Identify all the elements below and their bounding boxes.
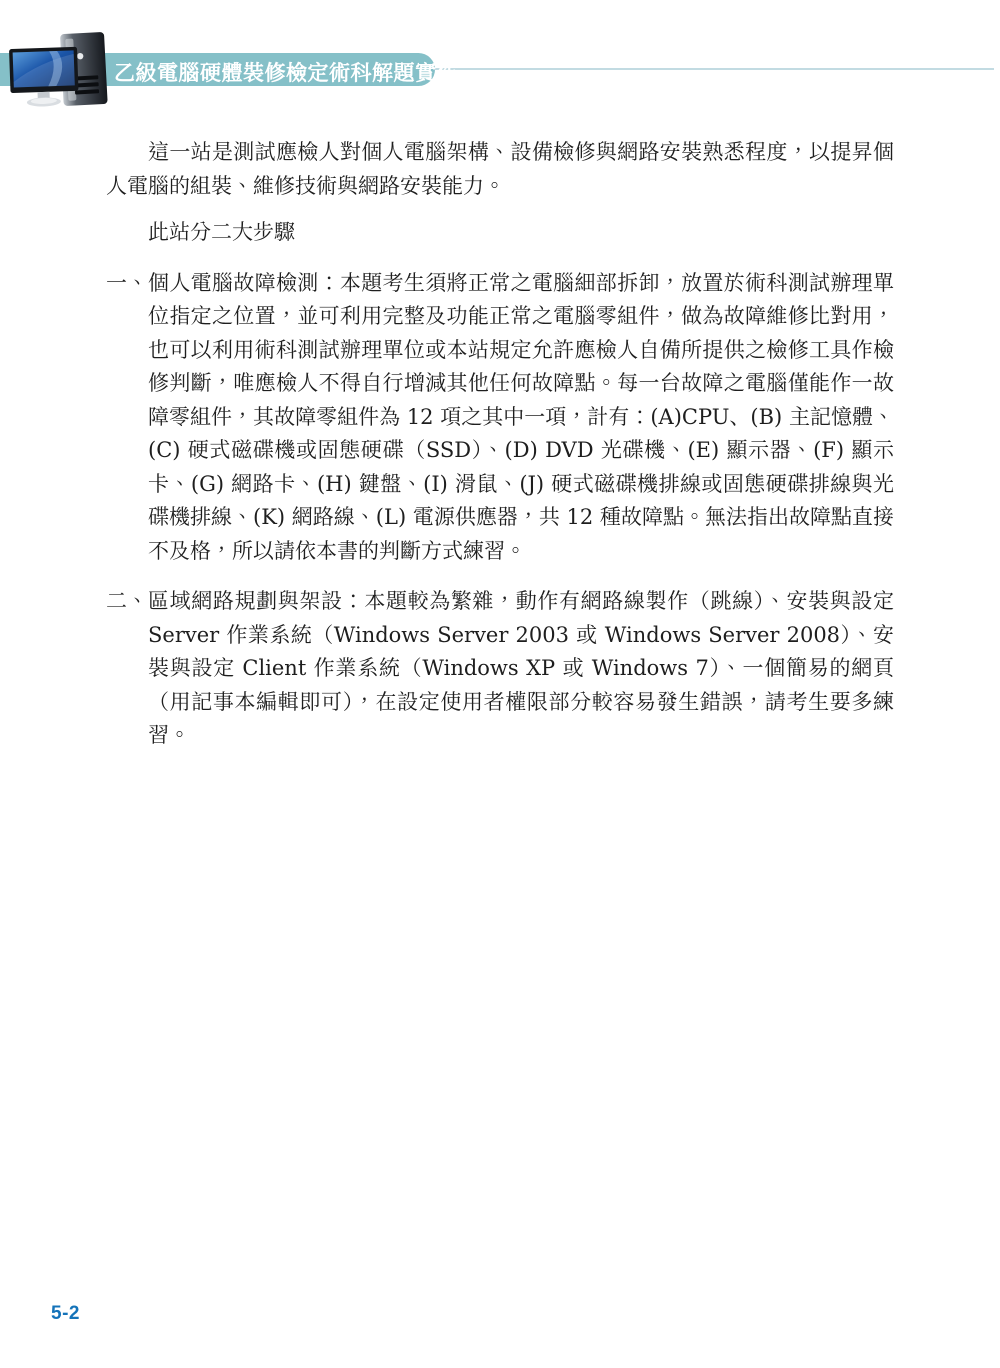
list-item-2: 二、 區域網路規劃與架設：本題較為繁雜，動作有網路線製作（跳線）、安裝與設定 S… [106, 585, 894, 753]
desktop-computer-icon [8, 32, 110, 112]
list-marker-1: 一、 [106, 267, 148, 569]
page-number: 5-2 [51, 1303, 80, 1325]
list-text-1: 個人電腦故障檢測：本題考生須將正常之電腦細部拆卸，放置於術科測試辦理單位指定之位… [148, 267, 894, 569]
intro-paragraph: 這一站是測試應檢人對個人電腦架構、設備檢修與網路安裝熟悉程度，以提昇個人電腦的組… [106, 136, 894, 203]
section-subheading: 此站分二大步驟 [106, 216, 894, 250]
list-text-2: 區域網路規劃與架設：本題較為繁雜，動作有網路線製作（跳線）、安裝與設定 Serv… [148, 585, 894, 753]
list-item-1: 一、 個人電腦故障檢測：本題考生須將正常之電腦細部拆卸，放置於術科測試辦理單位指… [106, 267, 894, 569]
list-marker-2: 二、 [106, 585, 148, 753]
main-content: 這一站是測試應檢人對個人電腦架構、設備檢修與網路安裝熟悉程度，以提昇個人電腦的組… [106, 136, 894, 753]
header-rule-line [433, 68, 994, 70]
book-page: 乙級電腦硬體裝修檢定術科解題實作 這一站是測試應檢人對個人電腦架構、設備檢修與網… [0, 0, 1000, 1368]
page-title: 乙級電腦硬體裝修檢定術科解題實作 [114, 57, 434, 87]
